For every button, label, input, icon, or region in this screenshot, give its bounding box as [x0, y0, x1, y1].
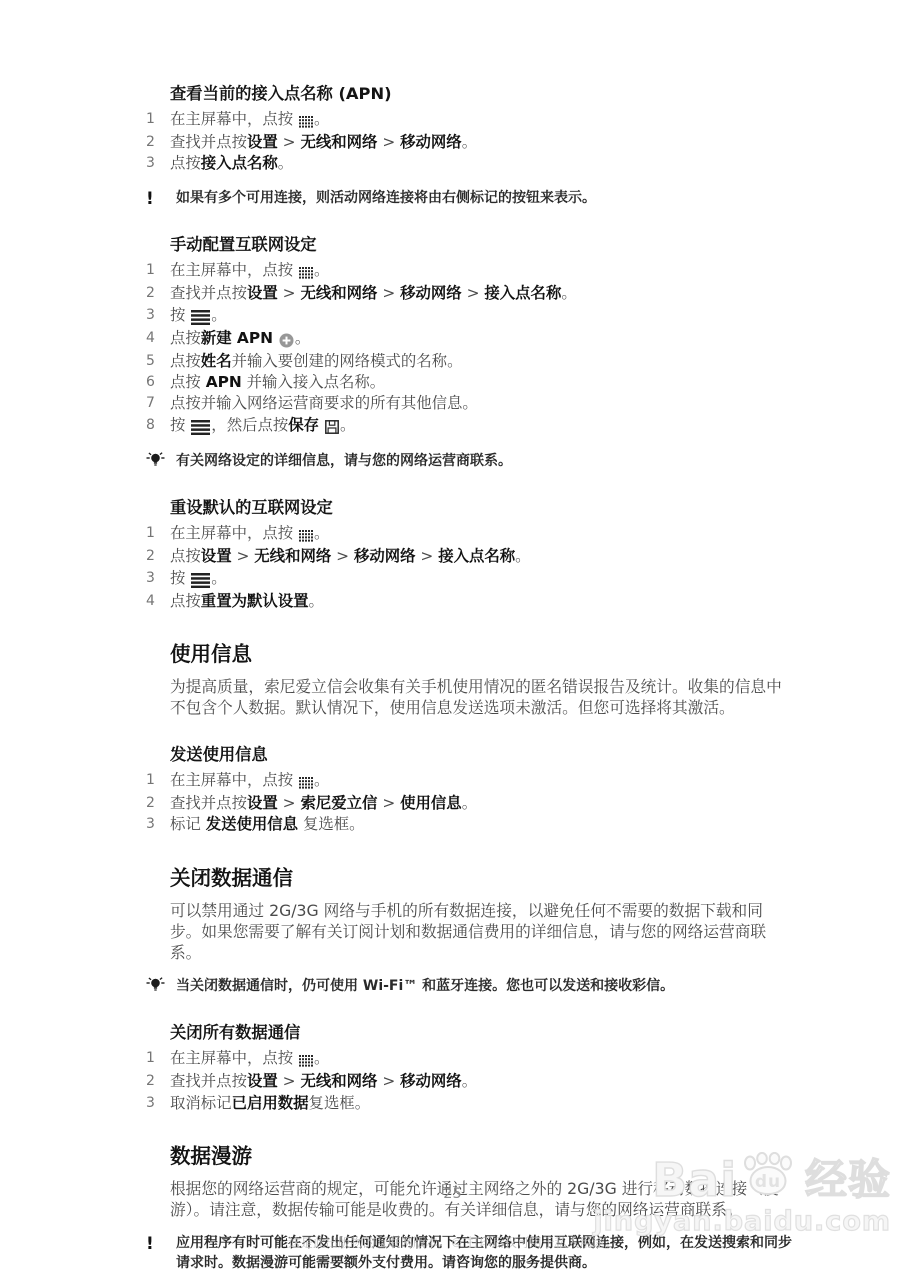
text: 。: [462, 1072, 477, 1090]
bold-text: 接入点名称: [438, 547, 515, 565]
step-item: 2查找并点按设置 > 无线和网络 > 移动网络。: [146, 132, 806, 153]
warning-note: !如果有多个可用连接，则活动网络连接将由右侧标记的按钮来表示。: [146, 188, 806, 209]
watermark-bai-text: Bai: [652, 1158, 737, 1202]
step-item: 1在主屏幕中，点按 。: [146, 770, 806, 793]
step-item: 7点按并输入网络运营商要求的所有其他信息。: [146, 393, 806, 414]
step-text: 按 ，然后点按保存 。: [170, 415, 355, 438]
step-item: 2查找并点按设置 > 索尼爱立信 > 使用信息。: [146, 793, 806, 814]
text: ，然后点按: [211, 416, 288, 434]
text: >: [278, 133, 301, 151]
step-text: 查找并点按设置 > 索尼爱立信 > 使用信息。: [170, 793, 477, 814]
step-number: 2: [146, 132, 170, 153]
text: 按: [170, 306, 190, 324]
step-number: 8: [146, 415, 170, 438]
text: >: [377, 1072, 400, 1090]
step-text: 点按接入点名称。: [170, 153, 293, 174]
bold-text: 移动网络: [400, 133, 462, 151]
step-list: 1在主屏幕中，点按 。2查找并点按设置 > 无线和网络 > 移动网络。3取消标记…: [146, 1048, 806, 1114]
watermark-logo-row: Bai du 经验: [593, 1152, 891, 1202]
step-number: 3: [146, 814, 170, 835]
step-number: 4: [146, 591, 170, 612]
step-number: 1: [146, 523, 170, 546]
menu-icon: [191, 307, 210, 328]
bold-text: 设置: [247, 794, 278, 812]
text: 点按: [170, 547, 201, 565]
text: 取消标记: [170, 1094, 232, 1112]
text: >: [377, 794, 400, 812]
apps-grid-icon: [299, 111, 313, 132]
bold-text: 设置: [247, 284, 278, 302]
text: 查找并点按: [170, 284, 247, 302]
text: >: [462, 284, 485, 302]
text: 。: [314, 261, 329, 279]
step-number: 7: [146, 393, 170, 414]
text: 。: [314, 524, 329, 542]
bold-text: 移动网络: [354, 547, 416, 565]
watermark-url: jingyan.baidu.com: [593, 1206, 891, 1237]
watermark-jingyan-text: 经验: [805, 1158, 891, 1202]
text: 。: [462, 794, 477, 812]
apps-grid-icon: [299, 262, 313, 283]
step-text: 按 。: [170, 568, 227, 591]
document-body: 查看当前的接入点名称 (APN)1在主屏幕中，点按 。2查找并点按设置 > 无线…: [0, 0, 806, 1274]
bold-text: 无线和网络: [300, 284, 377, 302]
text: 。: [211, 306, 226, 324]
baidu-jingyan-watermark: Bai du 经验 jingyan.baidu.com: [593, 1152, 891, 1237]
text: >: [377, 284, 400, 302]
sub-heading: 重设默认的互联网设定: [170, 498, 806, 518]
sub-heading: 关闭所有数据通信: [170, 1023, 806, 1043]
step-text: 点按新建 APN 。: [170, 328, 310, 351]
paragraph: 为提高质量，索尼爱立信会收集有关手机使用情况的匿名错误报告及统计。收集的信息中不…: [170, 676, 790, 718]
text: 。: [309, 592, 324, 610]
tip-note: 有关网络设定的详细信息，请与您的网络运营商联系。: [146, 451, 806, 472]
step-number: 1: [146, 770, 170, 793]
step-item: 4点按重置为默认设置。: [146, 591, 806, 612]
step-item: 5点按姓名并输入要创建的网络模式的名称。: [146, 351, 806, 372]
text: >: [278, 284, 301, 302]
bold-text: 索尼爱立信: [300, 794, 377, 812]
menu-icon: [191, 417, 210, 438]
bold-text: 使用信息: [400, 794, 462, 812]
bold-text: 保存: [288, 416, 319, 434]
step-text: 标记 发送使用信息 复选框。: [170, 814, 365, 835]
bold-text: 接入点名称: [484, 284, 561, 302]
text: >: [232, 547, 255, 565]
step-item: 3取消标记已启用数据复选框。: [146, 1093, 806, 1114]
step-item: 4点按新建 APN 。: [146, 328, 806, 351]
bold-text: 设置: [247, 1072, 278, 1090]
bold-text: 无线和网络: [300, 1072, 377, 1090]
text: 。: [462, 133, 477, 151]
text: >: [377, 133, 400, 151]
step-text: 查找并点按设置 > 无线和网络 > 移动网络 > 接入点名称。: [170, 283, 577, 304]
text: 点按: [170, 154, 201, 172]
step-number: 3: [146, 153, 170, 174]
text: 并输入要创建的网络模式的名称。: [232, 352, 463, 370]
step-item: 3标记 发送使用信息 复选框。: [146, 814, 806, 835]
sub-heading: 查看当前的接入点名称 (APN): [170, 84, 806, 104]
step-list: 1在主屏幕中，点按 。2点按设置 > 无线和网络 > 移动网络 > 接入点名称。…: [146, 523, 806, 612]
bold-text: 发送使用信息: [206, 815, 298, 833]
step-text: 按 。: [170, 305, 227, 328]
apps-grid-icon: [299, 772, 313, 793]
text: 复选框。: [298, 815, 364, 833]
text: >: [416, 547, 439, 565]
step-item: 1在主屏幕中，点按 。: [146, 109, 806, 132]
text: >: [331, 547, 354, 565]
step-item: 8按 ，然后点按保存 。: [146, 415, 806, 438]
section-heading: 关闭数据通信: [170, 866, 806, 891]
step-text: 点按重置为默认设置。: [170, 591, 324, 612]
bold-text: 重置为默认设置: [201, 592, 309, 610]
text: 查找并点按: [170, 1072, 247, 1090]
step-item: 1在主屏幕中，点按 。: [146, 260, 806, 283]
step-item: 3按 。: [146, 568, 806, 591]
text: 。: [314, 771, 329, 789]
apps-grid-icon: [299, 1050, 313, 1071]
step-number: 2: [146, 283, 170, 304]
text: 并输入接入点名称。: [242, 373, 385, 391]
text: 按: [170, 569, 190, 587]
step-number: 2: [146, 793, 170, 814]
bold-text: 设置: [201, 547, 232, 565]
step-text: 点按并输入网络运营商要求的所有其他信息。: [170, 393, 478, 414]
bold-text: 移动网络: [400, 284, 462, 302]
step-item: 3点按接入点名称。: [146, 153, 806, 174]
text: 。: [314, 110, 329, 128]
lightbulb-icon: [146, 976, 176, 997]
step-number: 4: [146, 328, 170, 351]
text: 在主屏幕中，点按: [170, 524, 298, 542]
step-text: 在主屏幕中，点按 。: [170, 1048, 329, 1071]
step-item: 6点按 APN 并输入接入点名称。: [146, 372, 806, 393]
text: 。: [340, 416, 355, 434]
text: [273, 329, 278, 347]
bold-text: 已启用数据: [232, 1094, 309, 1112]
text: 。: [515, 547, 530, 565]
callout-text: 有关网络设定的详细信息，请与您的网络运营商联系。: [176, 451, 512, 472]
step-item: 2查找并点按设置 > 无线和网络 > 移动网络。: [146, 1071, 806, 1092]
text: 查找并点按: [170, 794, 247, 812]
step-number: 1: [146, 109, 170, 132]
text: 复选框。: [309, 1094, 371, 1112]
plus-circle-icon: [279, 330, 294, 351]
step-text: 在主屏幕中，点按 。: [170, 770, 329, 793]
sub-heading: 手动配置互联网设定: [170, 235, 806, 255]
step-list: 1在主屏幕中，点按 。2查找并点按设置 > 无线和网络 > 移动网络。3点按接入…: [146, 109, 806, 175]
text: >: [278, 1072, 301, 1090]
text: 。: [295, 329, 310, 347]
step-text: 点按姓名并输入要创建的网络模式的名称。: [170, 351, 462, 372]
exclamation-icon: !: [146, 188, 176, 209]
step-number: 2: [146, 1071, 170, 1092]
bold-text: 姓名: [201, 352, 232, 370]
step-item: 1在主屏幕中，点按 。: [146, 523, 806, 546]
paragraph: 可以禁用通过 2G/3G 网络与手机的所有数据连接，以避免任何不需要的数据下载和…: [170, 900, 790, 963]
text: 在主屏幕中，点按: [170, 1049, 298, 1067]
step-number: 3: [146, 1093, 170, 1114]
step-number: 1: [146, 1048, 170, 1071]
text: 。: [561, 284, 576, 302]
step-item: 2查找并点按设置 > 无线和网络 > 移动网络 > 接入点名称。: [146, 283, 806, 304]
bold-text: 无线和网络: [300, 133, 377, 151]
text: [319, 416, 324, 434]
step-item: 1在主屏幕中，点按 。: [146, 1048, 806, 1071]
tip-note: 当关闭数据通信时，仍可使用 Wi-Fi™ 和蓝牙连接。您也可以发送和接收彩信。: [146, 976, 806, 997]
text: 点按: [170, 329, 201, 347]
text: 点按: [170, 352, 201, 370]
text: 在主屏幕中，点按: [170, 261, 298, 279]
menu-icon: [191, 570, 210, 591]
apps-grid-icon: [299, 525, 313, 546]
text: 按: [170, 416, 190, 434]
step-number: 3: [146, 568, 170, 591]
text: 。: [278, 154, 293, 172]
step-number: 6: [146, 372, 170, 393]
step-number: 1: [146, 260, 170, 283]
step-text: 点按设置 > 无线和网络 > 移动网络 > 接入点名称。: [170, 546, 531, 567]
bold-text: APN: [206, 373, 242, 391]
text: 在主屏幕中，点按: [170, 771, 298, 789]
paw-icon: du: [739, 1152, 797, 1202]
text: 查找并点按: [170, 133, 247, 151]
section-heading: 使用信息: [170, 642, 806, 667]
callout-text: 当关闭数据通信时，仍可使用 Wi-Fi™ 和蓝牙连接。您也可以发送和接收彩信。: [176, 976, 674, 997]
svg-text:du: du: [755, 1172, 781, 1192]
step-number: 3: [146, 305, 170, 328]
text: 点按: [170, 373, 206, 391]
step-item: 3按 。: [146, 305, 806, 328]
step-text: 在主屏幕中，点按 。: [170, 109, 329, 132]
bold-text: 移动网络: [400, 1072, 462, 1090]
text: 点按: [170, 592, 201, 610]
step-text: 在主屏幕中，点按 。: [170, 260, 329, 283]
step-item: 2点按设置 > 无线和网络 > 移动网络 > 接入点名称。: [146, 546, 806, 567]
text: 标记: [170, 815, 206, 833]
step-list: 1在主屏幕中，点按 。2查找并点按设置 > 索尼爱立信 > 使用信息。3标记 发…: [146, 770, 806, 836]
bold-text: 新建 APN: [201, 329, 273, 347]
exclamation-glyph: !: [146, 189, 154, 209]
step-text: 取消标记已启用数据复选框。: [170, 1093, 370, 1114]
text: 在主屏幕中，点按: [170, 110, 298, 128]
step-text: 点按 APN 并输入接入点名称。: [170, 372, 385, 393]
callout-text: 如果有多个可用连接，则活动网络连接将由右侧标记的按钮来表示。: [176, 188, 596, 209]
step-text: 查找并点按设置 > 无线和网络 > 移动网络。: [170, 1071, 477, 1092]
lightbulb-icon: [146, 451, 176, 472]
page: { "page": { "number": "25", "footer": "这…: [0, 0, 905, 1280]
save-icon: [325, 417, 339, 438]
step-number: 2: [146, 546, 170, 567]
step-text: 在主屏幕中，点按 。: [170, 523, 329, 546]
bold-text: 接入点名称: [201, 154, 278, 172]
step-list: 1在主屏幕中，点按 。2查找并点按设置 > 无线和网络 > 移动网络 > 接入点…: [146, 260, 806, 438]
text: 。: [211, 569, 226, 587]
text: >: [278, 794, 301, 812]
bold-text: 设置: [247, 133, 278, 151]
text: 点按并输入网络运营商要求的所有其他信息。: [170, 394, 478, 412]
step-text: 查找并点按设置 > 无线和网络 > 移动网络。: [170, 132, 477, 153]
step-number: 5: [146, 351, 170, 372]
sub-heading: 发送使用信息: [170, 745, 806, 765]
text: 。: [314, 1049, 329, 1067]
bold-text: 无线和网络: [254, 547, 331, 565]
